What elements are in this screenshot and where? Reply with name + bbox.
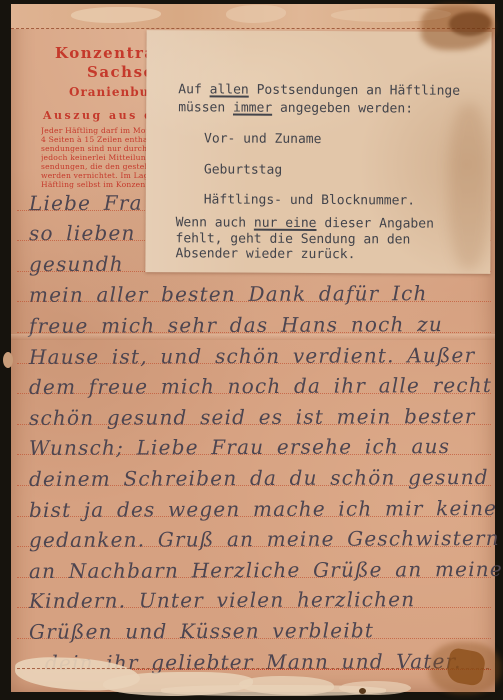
underlined-text: immer: [233, 101, 272, 116]
underlined-text: nur eine: [254, 216, 317, 231]
stain: [359, 688, 366, 694]
typewritten-notice-label: Auf allen Postsendungen an Häftlingemüss…: [145, 30, 491, 274]
handwriting-line: an Nachbarn Herzliche Grüße an meinen: [17, 547, 491, 578]
paper-wear-patch: [226, 5, 286, 23]
text-segment: Wenn auch: [176, 215, 254, 230]
handwriting-line: Kindern. Unter vielen herzlichen: [17, 578, 491, 609]
paper-wear-patch: [71, 7, 161, 23]
notice-item: Häftlings- und Blocknummer.: [204, 192, 415, 208]
handwriting-line: Wunsch; Liebe Frau ersehe ich aus: [17, 425, 491, 456]
text-segment: angegeben werden:: [272, 101, 413, 117]
text-segment: dieser Angaben: [316, 216, 433, 232]
perforation-line: [17, 668, 489, 669]
notice-line: Wenn auch nur eine dieser Angaben: [176, 215, 434, 232]
notice-closing: Wenn auch nur eine dieser Angabenfehlt, …: [175, 215, 434, 263]
handwriting-line: dem freue mich noch da ihr alle recht: [17, 364, 491, 395]
handwriting-line: mein aller besten Dank dafür Ich: [17, 272, 491, 303]
handwriting-line: gedanken. Gruß an meine Geschwistern: [17, 517, 491, 548]
letter-sheet: Konzentrat Sachsenh Oranienburg Auszug a…: [11, 4, 495, 692]
notice-line: Auf allen Postsendungen an Häftlinge: [178, 81, 460, 100]
notice-item: Geburtstag: [204, 162, 415, 178]
handwriting-line: deinem Schreiben da du schön gesund: [17, 455, 491, 486]
paper-damage-patch: [161, 685, 386, 696]
edge-tear: [3, 352, 13, 368]
notice-line: fehlt, geht die Sendung an den: [176, 231, 434, 248]
notice-intro: Auf allen Postsendungen an Häftlingemüss…: [178, 81, 460, 118]
scene: Konzentrat Sachsenh Oranienburg Auszug a…: [0, 0, 503, 700]
text-segment: Absender wieder zurück.: [175, 246, 355, 262]
fold-crease: [11, 334, 495, 340]
text-segment: müssen: [178, 100, 233, 115]
handwriting-line: freue mich sehr das Hans noch zu: [17, 302, 491, 333]
notice-item: Vor- und Zuname: [204, 131, 415, 147]
text-segment: fehlt, geht die Sendung an den: [176, 231, 411, 247]
handwriting-line: bist ja des wegen mache ich mir keine: [17, 486, 491, 517]
handwriting-line: Grüßen und Küssen verbleibt: [17, 608, 491, 639]
handwriting-line: schön gesund seid es ist mein bester: [17, 394, 491, 425]
text-segment: Postsendungen an Häftlinge: [249, 83, 460, 99]
underlined-text: allen: [210, 82, 249, 97]
stain: [449, 104, 489, 269]
text-segment: Auf: [178, 82, 209, 97]
notice-items: Vor- und ZunameGeburtstagHäftlings- und …: [204, 131, 416, 224]
notice-line: müssen immer angegeben werden:: [178, 99, 460, 118]
notice-line: Absender wieder zurück.: [175, 246, 433, 263]
